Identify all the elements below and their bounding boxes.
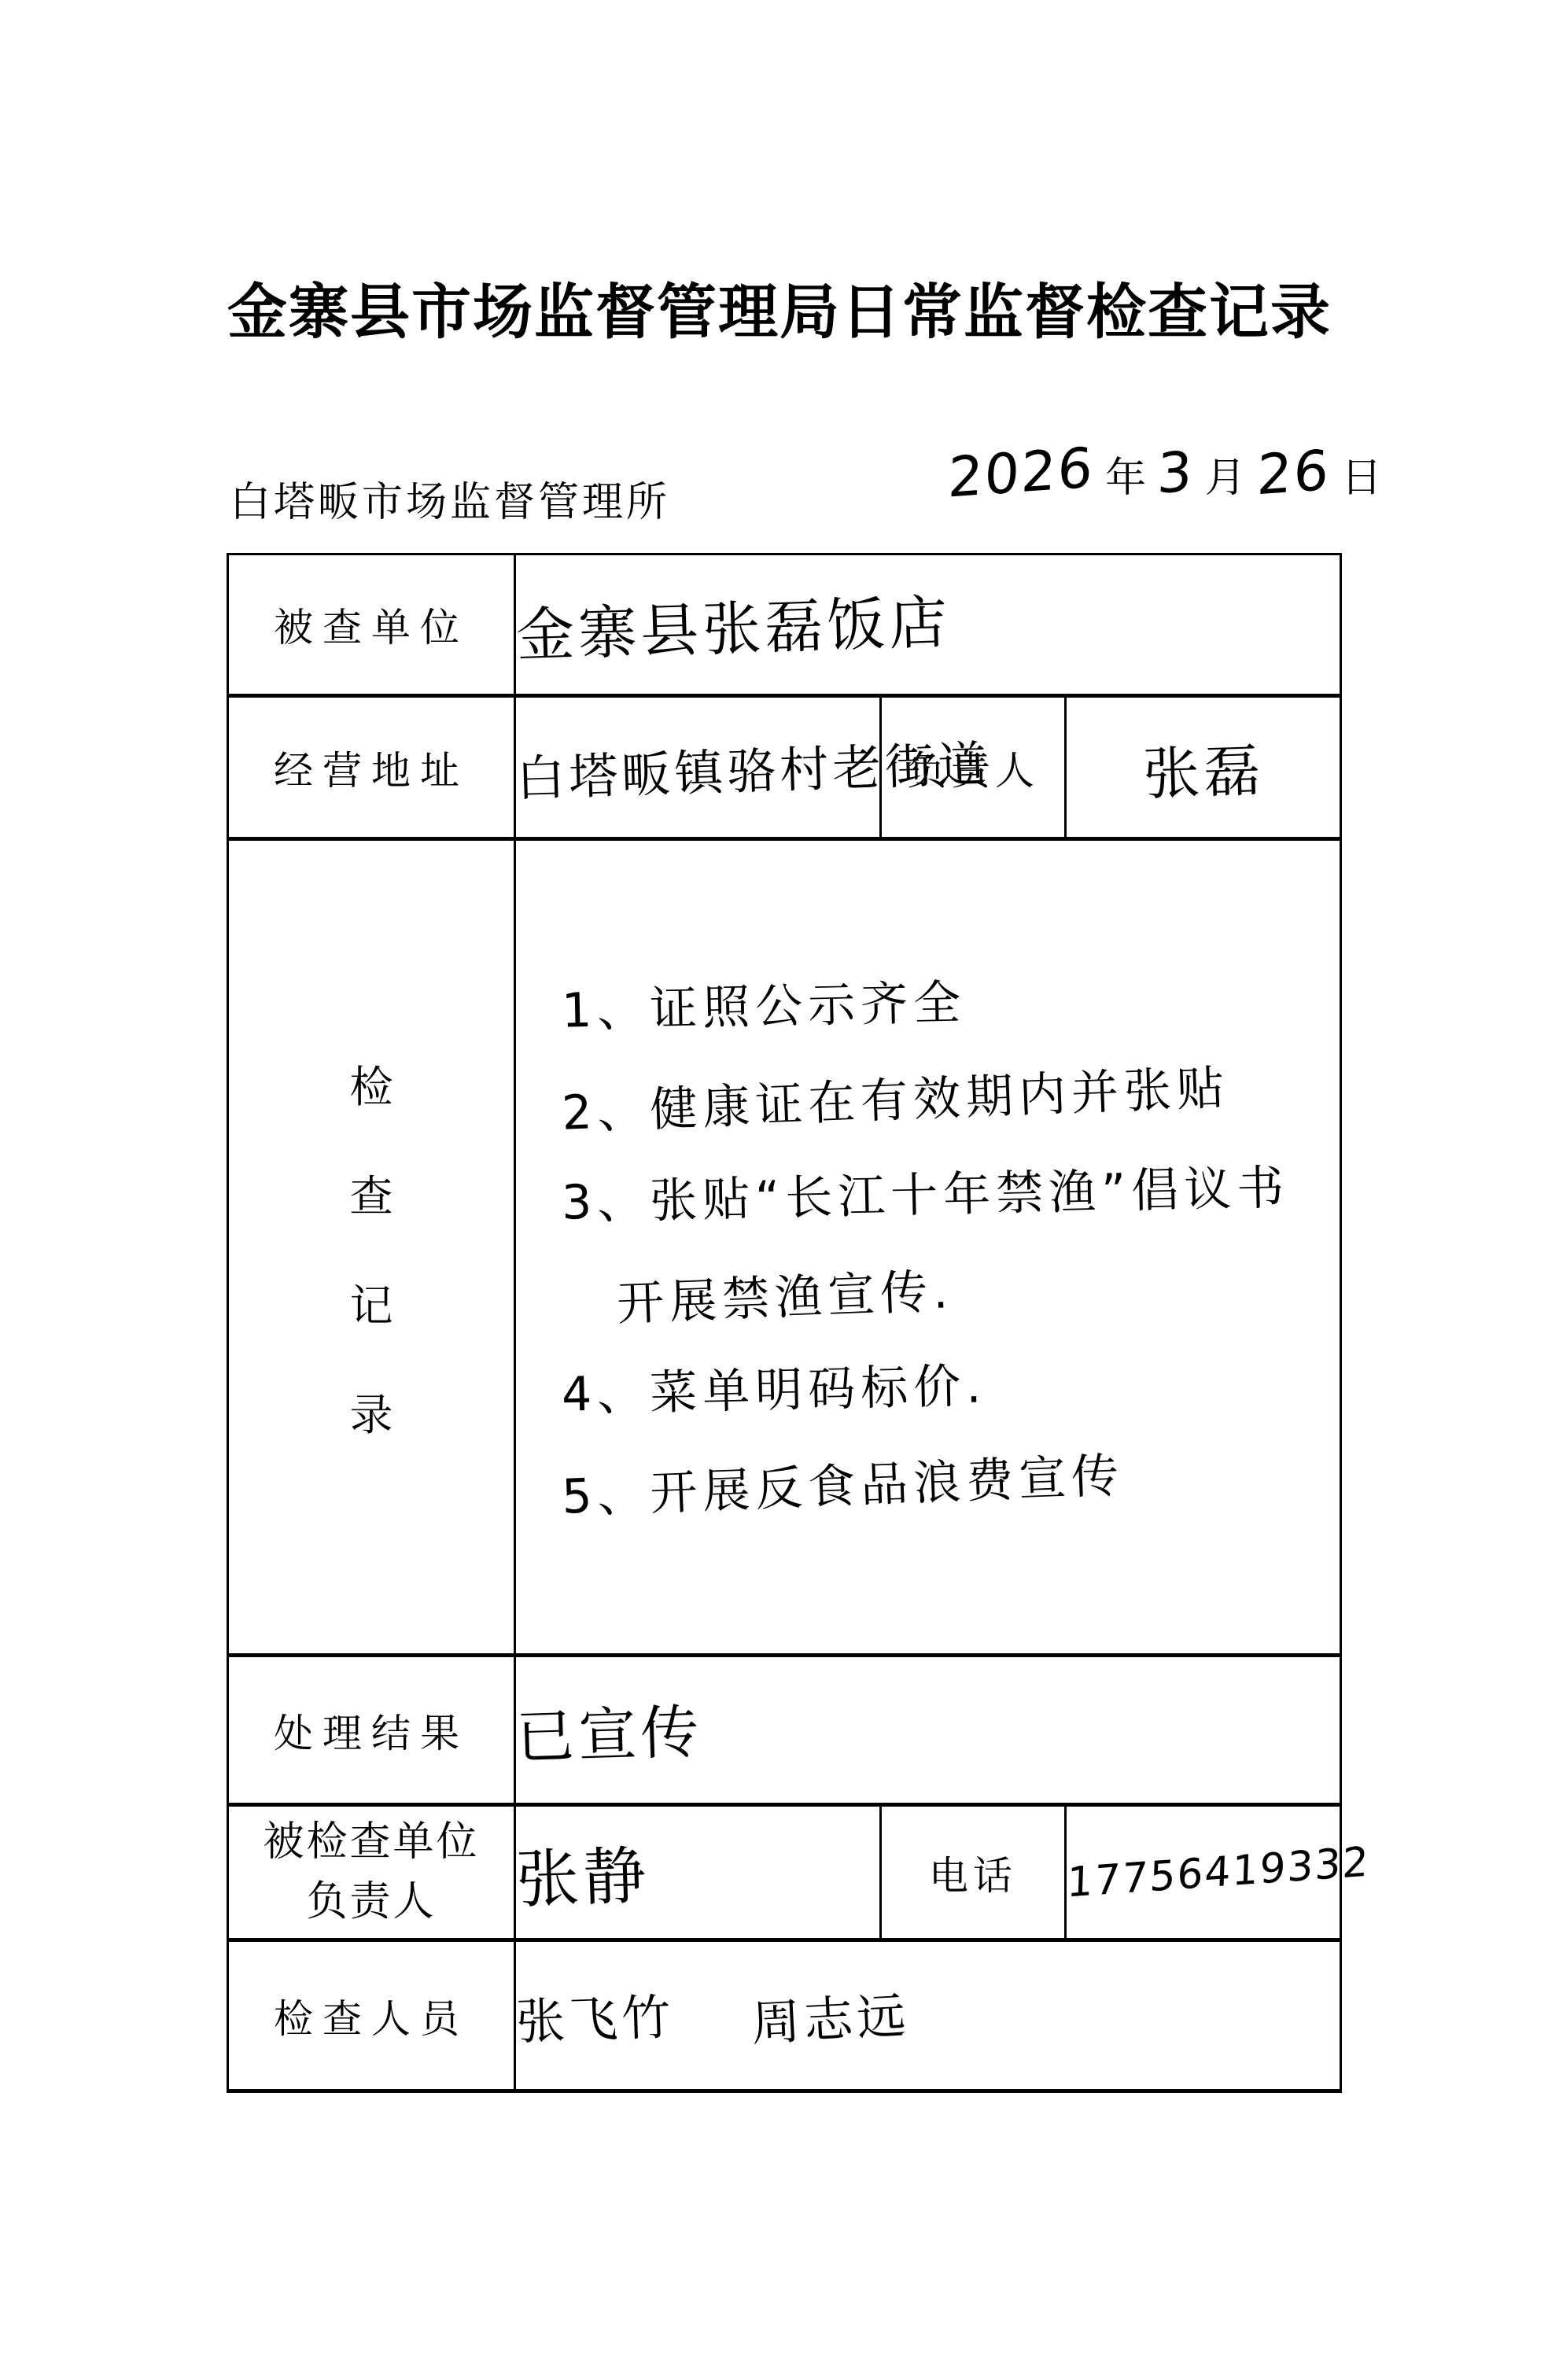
unit-manager-label-line2: 负责人	[229, 1873, 514, 1932]
record-label-char-2: 查	[229, 1162, 514, 1224]
inspectors-signature-cell: 张飞竹 周志远	[515, 1940, 1341, 2091]
date-day-value: 26	[1255, 438, 1331, 508]
manager-handwritten-value: 张磊	[1141, 724, 1265, 810]
phone-handwritten-number: 17756419332	[1066, 1838, 1370, 1907]
unit-manager-signature-cell: 张静	[515, 1805, 881, 1940]
inspectors-label: 检查人员	[228, 1940, 515, 2091]
inspected-unit-label: 被查单位	[228, 554, 515, 696]
inspection-date: 2026 年 3 月 26 日	[948, 440, 1357, 505]
inspection-form-table: 被查单位 金寨县张磊饭店 经营地址 白塔畈镇骆村老街道 负责人 张磊 检 查 记…	[227, 553, 1342, 2093]
record-line-3: 3、张贴“长江十年禁渔”倡议书	[561, 1162, 1290, 1229]
row-unit-manager: 被检查单位 负责人 张静 电话 17756419332	[228, 1805, 1341, 1940]
record-line-4: 4、菜单明码标价.	[561, 1354, 1290, 1420]
record-line-3-continued: 开展禁渔宣传.	[616, 1252, 1290, 1330]
address-value-cell: 白塔畈镇骆村老街道	[515, 696, 881, 839]
station-name: 白塔畈市场监督管理所	[230, 469, 670, 528]
address-handwritten-value: 白塔畈镇骆村老街道	[515, 725, 992, 810]
unit-manager-handwritten-signature: 张静	[514, 1825, 651, 1919]
handling-result-handwritten-value: 已宣传	[514, 1686, 703, 1774]
date-month-value: 3	[1156, 439, 1195, 507]
date-month-unit: 月	[1205, 444, 1246, 503]
row-address: 经营地址 白塔畈镇骆村老街道 负责人 张磊	[228, 696, 1341, 839]
address-label: 经营地址	[228, 696, 515, 839]
record-line-2: 2、健康证在有效期内并张贴	[561, 1059, 1290, 1139]
row-inspectors: 检查人员 张飞竹 周志远	[228, 1940, 1341, 2091]
row-inspection-record: 检 查 记 录 1、证照公示齐全 2、健康证在有效期内并张贴 3、张贴“长江十年…	[228, 839, 1341, 1656]
inspection-record-lines: 1、证照公示齐全 2、健康证在有效期内并张贴 3、张贴“长江十年禁渔”倡议书 开…	[516, 941, 1289, 1553]
unit-manager-label: 被检查单位 负责人	[228, 1805, 515, 1940]
inspection-record-label: 检 查 记 录	[228, 839, 515, 1656]
date-year-unit: 年	[1105, 444, 1146, 503]
phone-label: 电话	[881, 1805, 1066, 1940]
phone-value-cell: 17756419332	[1066, 1805, 1341, 1940]
row-handling-result: 处理结果 已宣传	[228, 1656, 1341, 1805]
record-label-char-4: 录	[229, 1380, 514, 1442]
inspector-signature-1: 张飞竹	[515, 1978, 676, 2053]
inspected-unit-handwritten-value: 金寨县张磊饭店	[514, 576, 952, 672]
manager-value-cell: 张磊	[1066, 696, 1341, 839]
page-title: 金寨县市场监督管理局日常监督检查记录	[0, 264, 1559, 350]
unit-manager-label-line1: 被检查单位	[229, 1813, 514, 1872]
document-page: 金寨县市场监督管理局日常监督检查记录 白塔畈市场监督管理所 2026 年 3 月…	[0, 0, 1559, 2380]
record-line-5: 5、开展反食品浪费宣传	[561, 1443, 1290, 1523]
row-inspected-unit: 被查单位 金寨县张磊饭店	[228, 554, 1341, 696]
inspection-record-content-cell: 1、证照公示齐全 2、健康证在有效期内并张贴 3、张贴“长江十年禁渔”倡议书 开…	[515, 839, 1341, 1656]
inspector-signature-2: 周志远	[749, 1977, 910, 2054]
handling-result-label: 处理结果	[228, 1656, 515, 1805]
record-line-1: 1、证照公示齐全	[561, 970, 1290, 1037]
handling-result-value-cell: 已宣传	[515, 1656, 1341, 1805]
date-day-unit: 日	[1341, 444, 1382, 503]
record-label-char-3: 记	[229, 1271, 514, 1333]
date-year-value: 2026	[947, 435, 1096, 510]
inspected-unit-value-cell: 金寨县张磊饭店	[515, 554, 1341, 696]
record-label-char-1: 检	[229, 1052, 514, 1114]
